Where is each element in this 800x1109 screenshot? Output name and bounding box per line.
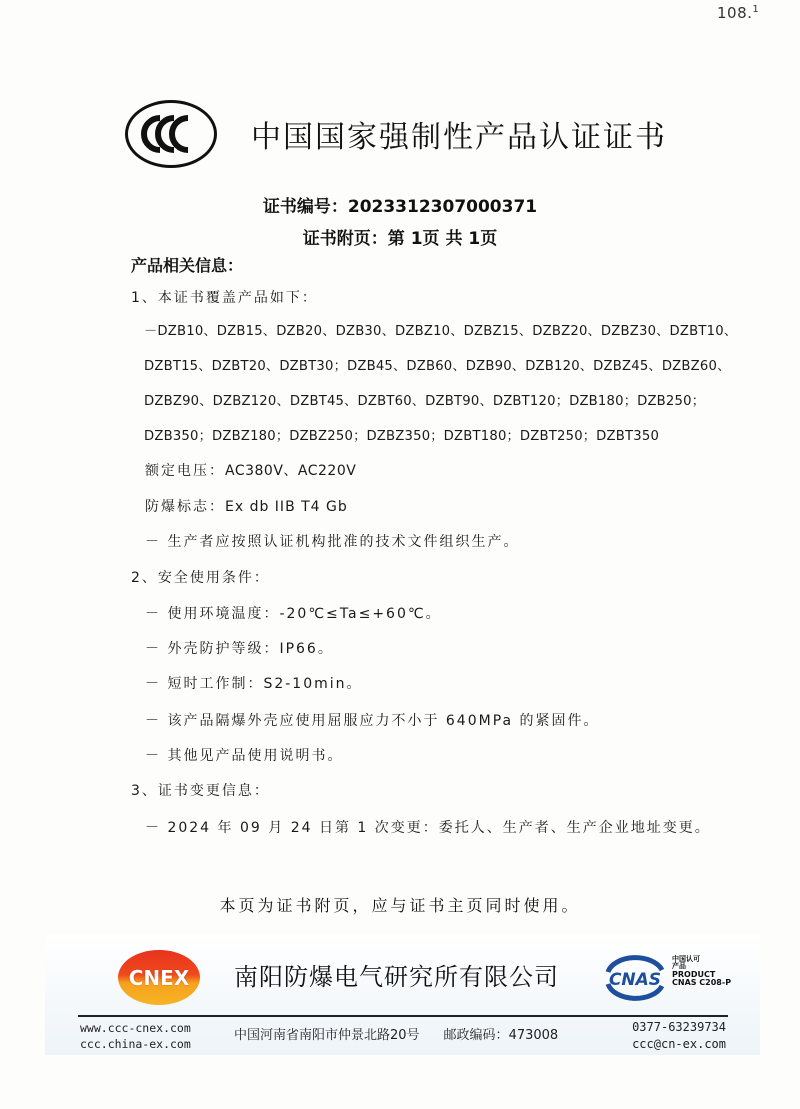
model-line: DZBT15、DZBT20、DZBT30；DZB45、DZB60、DZB90、D… (144, 355, 730, 374)
cnas-caption: 中国认可 产品 PRODUCT CNAS C208-P (672, 956, 731, 987)
handwritten-number: 108. (717, 4, 752, 22)
cnas-logo: CNAS 中国认可 产品 PRODUCT CNAS C208-P (600, 950, 740, 1005)
footer-websites: www.ccc-cnex.com ccc.china-ex.com (80, 1020, 191, 1052)
website-link[interactable]: www.ccc-cnex.com (80, 1020, 191, 1036)
ex-marking: 防爆标志：Ex db IIB T4 Gb (145, 496, 348, 516)
certificate-header: 中国国家强制性产品认证证书 (125, 98, 685, 170)
model-line: DZBZ90、DZBZ120、DZBT45、DZBT60、DZBT90、DZBT… (144, 390, 705, 409)
safety-condition-item: － 其他见产品使用说明书。 (145, 745, 343, 765)
postal-code-label: 邮政编码： (444, 1028, 509, 1043)
footer-address: 中国河南省南阳市仲景北路20号邮政编码：473008 (234, 1024, 558, 1043)
cnas-en-line2: CNAS C208-P (672, 979, 731, 987)
footer-contact: 0377-63239734 ccc@cn-ex.com (630, 1019, 726, 1053)
phone-number: 0377-63239734 (630, 1019, 726, 1036)
model-line: DZB350；DZBZ180；DZBZ250；DZBZ350；DZBT180；D… (144, 425, 659, 444)
rated-voltage-value: AC380V、AC220V (225, 463, 356, 479)
postal-code: 473008 (509, 1028, 559, 1043)
section1-heading: 1、本证书覆盖产品如下： (131, 287, 318, 307)
appendix-note: 本页为证书附页，应与证书主页同时使用。 (0, 893, 800, 916)
section2-heading: 2、安全使用条件： (131, 567, 270, 587)
address: 中国河南省南阳市仲景北路20号 (234, 1028, 420, 1043)
email-link[interactable]: ccc@cn-ex.com (630, 1036, 726, 1053)
safety-condition-item: － 短时工作制：S2-10min。 (145, 673, 363, 693)
certificate-page-info: 证书附页：第 1页 共 1页 (0, 224, 800, 249)
page-title: 中国国家强制性产品认证证书 (251, 112, 667, 156)
ccc-mark-icon (125, 100, 217, 168)
ex-marking-value: Ex db IIB T4 Gb (225, 499, 348, 515)
section3-heading: 3、证书变更信息： (131, 780, 270, 800)
production-note: － 生产者应按照认证机构批准的技术文件组织生产。 (145, 531, 519, 551)
handwritten-superscript: 1 (752, 4, 759, 15)
certificate-number-value: 2023312307000371 (348, 197, 537, 217)
certificate-number-label: 证书编号： (263, 197, 348, 217)
model-line: －DZB10、DZB15、DZB20、DZB30、DZBZ10、DZBZ15、D… (144, 320, 737, 339)
rated-voltage-label: 额定电压： (145, 463, 225, 479)
safety-condition-item: － 该产品隔爆外壳应使用屈服应力不小于 640MPa 的紧固件。 (145, 710, 600, 730)
certificate-page: 108.1 中国国家强制性产品认证证书 证书编号：202331230700037… (0, 0, 800, 1109)
rated-voltage: 额定电压：AC380V、AC220V (145, 460, 356, 480)
company-name: 南阳防爆电气研究所有限公司 (234, 957, 559, 992)
certificate-number: 证书编号：2023312307000371 (0, 192, 800, 217)
handwritten-annotation: 108.1 (717, 4, 759, 22)
change-info-item: － 2024 年 09 月 24 日第 1 次变更：委托人、生产者、生产企业地址… (145, 817, 711, 837)
certificate-page-label: 证书附页： (303, 229, 388, 249)
website-link[interactable]: ccc.china-ex.com (80, 1036, 191, 1052)
svg-text:CNAS: CNAS (609, 970, 661, 990)
safety-condition-item: － 使用环境温度：-20℃≤Ta≤+60℃。 (145, 603, 442, 623)
ex-marking-label: 防爆标志： (145, 499, 225, 515)
cnas-mark-icon: CNAS (600, 952, 670, 1002)
safety-condition-item: － 外壳防护等级：IP66。 (145, 638, 334, 658)
certificate-page-value: 第 1页 共 1页 (388, 229, 497, 249)
footer-divider (78, 1015, 728, 1017)
product-info-title: 产品相关信息： (131, 253, 243, 276)
cnex-logo-icon: CNEX (118, 950, 200, 1005)
cnex-logo-text: CNEX (129, 966, 190, 990)
